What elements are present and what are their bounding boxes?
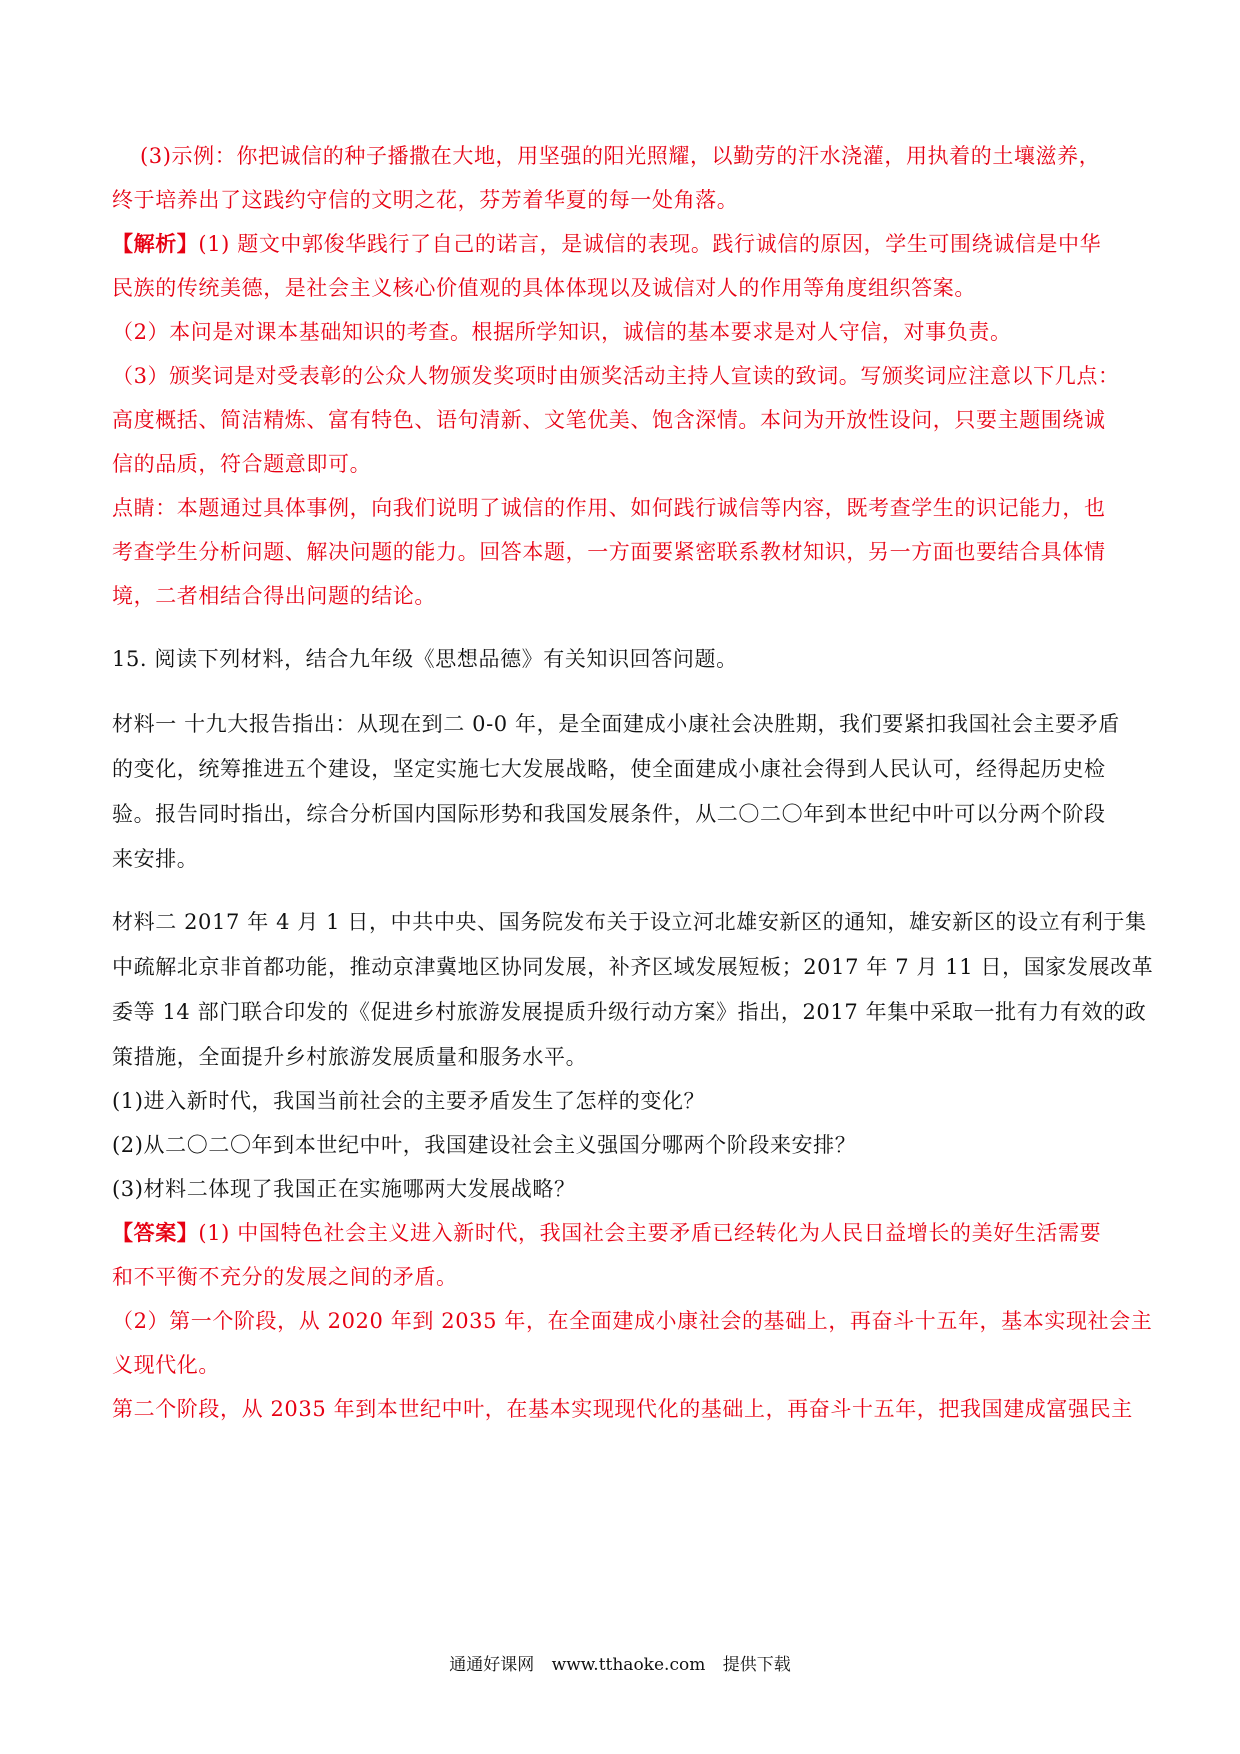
material-2-line-1: 材料二 2017 年 4 月 1 日，中共中央、国务院发布关于设立河北雄安新区的… xyxy=(112,908,1132,936)
answer-1-line-1: (1) 中国特色社会主义进入新时代，我国社会主要矛盾已经转化为人民日益增长的美好… xyxy=(198,1221,1101,1245)
analysis-p1-line-1: (1) 题文中郭俊华践行了自己的诺言，是诚信的表现。践行诚信的原因，学生可围绕诚… xyxy=(198,232,1101,256)
comment-line-2: 考查学生分析问题、解决问题的能力。回答本题，一方面要紧密联系教材知识，另一方面也… xyxy=(112,538,1132,566)
analysis-p2-line-1: （2）本问是对课本基础知识的考查。根据所学知识，诚信的基本要求是对人守信，对事负… xyxy=(112,318,1132,346)
comment-line-3: 境，二者相结合得出问题的结论。 xyxy=(112,582,1132,610)
comment-line-1: 点睛：本题通过具体事例，向我们说明了诚信的作用、如何践行诚信等内容，既考查学生的… xyxy=(112,494,1132,522)
footer-site-name: 通通好课网 xyxy=(449,1655,534,1675)
material-2-line-4: 策措施，全面提升乡村旅游发展质量和服务水平。 xyxy=(112,1043,1132,1071)
footer-suffix: 提供下载 xyxy=(723,1655,791,1675)
sub-question-2: (2)从二〇二〇年到本世纪中叶，我国建设社会主义强国分哪两个阶段来安排？ xyxy=(112,1131,1132,1159)
material-2-line-3: 委等 14 部门联合印发的《促进乡村旅游发展提质升级行动方案》指出，2017 年… xyxy=(112,998,1132,1026)
analysis-line-1: 【解析】(1) 题文中郭俊华践行了自己的诺言，是诚信的表现。践行诚信的原因，学生… xyxy=(112,230,1132,258)
answer-2-line-3: 第二个阶段，从 2035 年到本世纪中叶，在基本实现现代化的基础上，再奋斗十五年… xyxy=(112,1395,1132,1423)
question-15-stem: 15. 阅读下列材料，结合九年级《思想品德》有关知识回答问题。 xyxy=(112,645,1132,673)
material-1-line-1: 材料一 十九大报告指出：从现在到二 0-0 年，是全面建成小康社会决胜期，我们要… xyxy=(112,710,1132,738)
sub-question-1: (1)进入新时代，我国当前社会的主要矛盾发生了怎样的变化？ xyxy=(112,1087,1132,1115)
page-footer: 通通好课网 www.tthaoke.com 提供下载 xyxy=(0,1650,1240,1675)
analysis-p3-line-2: 高度概括、简洁精炼、富有特色、语句清新、文笔优美、饱含深情。本问为开放性设问，只… xyxy=(112,406,1132,434)
analysis-p3-line-3: 信的品质，符合题意即可。 xyxy=(112,450,1132,478)
example-3-line-1: (3)示例：你把诚信的种子播撒在大地，用坚强的阳光照耀，以勤劳的汗水浇灌，用执着… xyxy=(140,142,1160,170)
answer-2-line-1: （2）第一个阶段，从 2020 年到 2035 年，在全面建成小康社会的基础上，… xyxy=(112,1307,1132,1335)
sub-question-3: (3)材料二体现了我国正在实施哪两大发展战略？ xyxy=(112,1175,1132,1203)
answer-2-line-2: 义现代化。 xyxy=(112,1351,1132,1379)
answer-tag: 【答案】 xyxy=(112,1220,198,1245)
material-2-line-2: 中疏解北京非首都功能，推动京津冀地区协同发展，补齐区域发展短板；2017 年 7… xyxy=(112,953,1132,981)
analysis-tag: 【解析】 xyxy=(112,231,198,256)
material-1-line-2: 的变化，统筹推进五个建设，坚定实施七大发展战略，使全面建成小康社会得到人民认可，… xyxy=(112,755,1132,783)
document-page: (3)示例：你把诚信的种子播撒在大地，用坚强的阳光照耀，以勤劳的汗水浇灌，用执着… xyxy=(0,0,1240,1754)
answer-line-1: 【答案】(1) 中国特色社会主义进入新时代，我国社会主要矛盾已经转化为人民日益增… xyxy=(112,1219,1132,1247)
material-1-line-4: 来安排。 xyxy=(112,845,1132,873)
footer-url[interactable]: www.tthaoke.com xyxy=(552,1655,706,1675)
analysis-p3-line-1: （3）颁奖词是对受表彰的公众人物颁发奖项时由颁奖活动主持人宣读的致词。写颁奖词应… xyxy=(112,362,1132,390)
analysis-p1-line-2: 民族的传统美德，是社会主义核心价值观的具体体现以及诚信对人的作用等角度组织答案。 xyxy=(112,274,1132,302)
answer-1-line-2: 和不平衡不充分的发展之间的矛盾。 xyxy=(112,1263,1132,1291)
material-1-line-3: 验。报告同时指出，综合分析国内国际形势和我国发展条件，从二〇二〇年到本世纪中叶可… xyxy=(112,800,1132,828)
example-3-line-2: 终于培养出了这践约守信的文明之花，芬芳着华夏的每一处角落。 xyxy=(112,186,1132,214)
